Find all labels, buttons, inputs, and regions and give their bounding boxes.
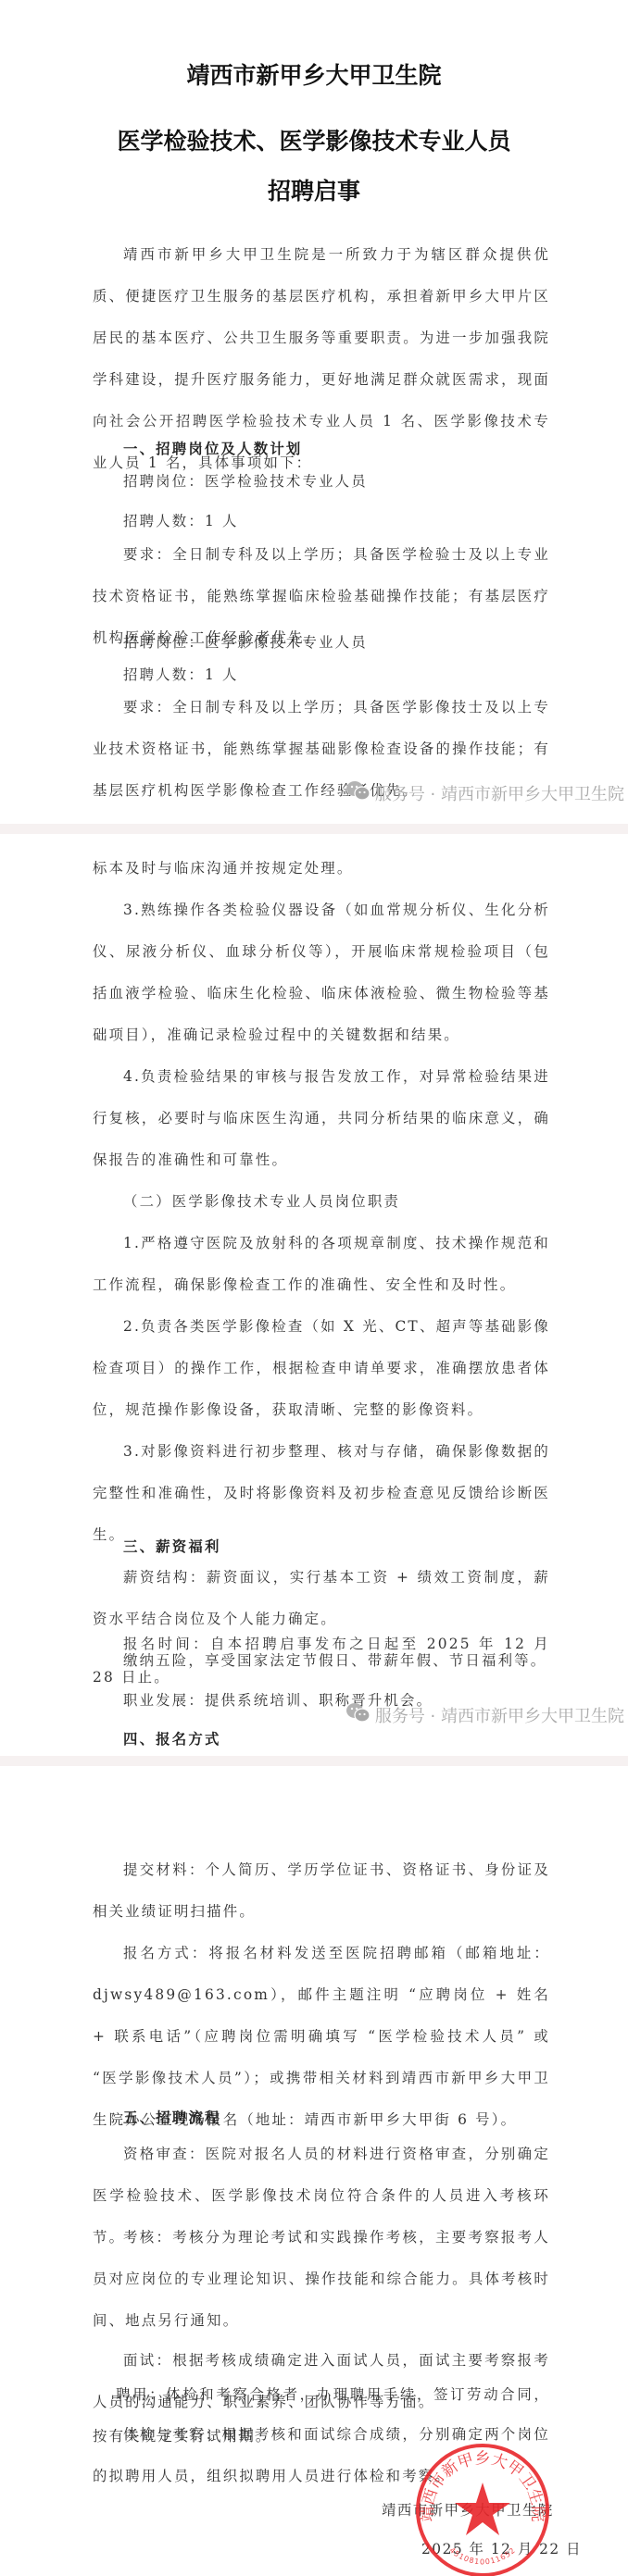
imaging-duties-heading: （二）医学影像技术专业人员岗位职责: [93, 1181, 550, 1223]
section-heading-1: 一、招聘岗位及人数计划: [93, 432, 550, 466]
watermark-text: 服务号 · 靖西市新甲乡大甲卫生院: [375, 1703, 624, 1727]
imaging-duty-1: 1.严格遵守医院及放射科的各项规章制度、技术操作规范和工作流程，确保影像检查工作…: [93, 1223, 550, 1306]
svg-text:4510810011652: 4510810011652: [448, 2546, 518, 2567]
lab-duty-4: 4.负责检验结果的审核与报告发放工作，对异常检验结果进行复核，必要时与临床医生沟…: [93, 1056, 550, 1181]
submission-materials: 提交材料：个人简历、学历学位证书、资格证书、身份证及相关业绩证明扫描件。: [93, 1849, 550, 1933]
wechat-watermark: 服务号 · 靖西市新甲乡大甲卫生院: [345, 1701, 624, 1728]
wechat-icon: [345, 779, 371, 806]
wechat-watermark: 服务号 · 靖西市新甲乡大甲卫生院: [345, 779, 624, 806]
registration-deadline: 报名时间：自本招聘启事发布之日起至 2025 年 12 月 28 日止。: [93, 1627, 550, 1694]
wechat-icon: [345, 1701, 371, 1728]
document-title-org: 靖西市新甲乡大甲卫生院: [0, 57, 628, 91]
position-2-title: 招聘岗位：医学影像技术专业人员: [93, 626, 550, 659]
official-seal-icon: 靖西市新甲乡大甲卫生院 4510810011652: [414, 2442, 551, 2576]
lab-duty-continued: 标本及时与临床沟通并按规定处理。: [93, 848, 550, 890]
position-1-title: 招聘岗位：医学检验技术专业人员: [93, 465, 550, 498]
page-separator: [0, 1756, 628, 1766]
page-separator: [0, 824, 628, 834]
imaging-duty-2: 2.负责各类医学影像检查（如 X 光、CT、超声等基础影像检查项目）的操作工作，…: [93, 1306, 550, 1431]
document-page-1: 靖西市新甲乡大甲卫生院 医学检验技术、医学影像技术专业人员 招聘启事 靖西市新甲…: [0, 0, 628, 824]
assessment: 考核：考核分为理论考试和实践操作考核，主要考察报考人员对应岗位的专业理论知识、操…: [93, 2217, 550, 2342]
watermark-text: 服务号 · 靖西市新甲乡大甲卫生院: [375, 781, 624, 805]
document-title-positions: 医学检验技术、医学影像技术专业人员: [0, 123, 628, 156]
document-title-notice: 招聘启事: [0, 173, 628, 206]
lab-duty-3: 3.熟练操作各类检验仪器设备（如血常规分析仪、生化分析仪、尿液分析仪、血球分析仪…: [93, 890, 550, 1056]
position-1-count: 招聘人数：1 人: [93, 504, 550, 538]
